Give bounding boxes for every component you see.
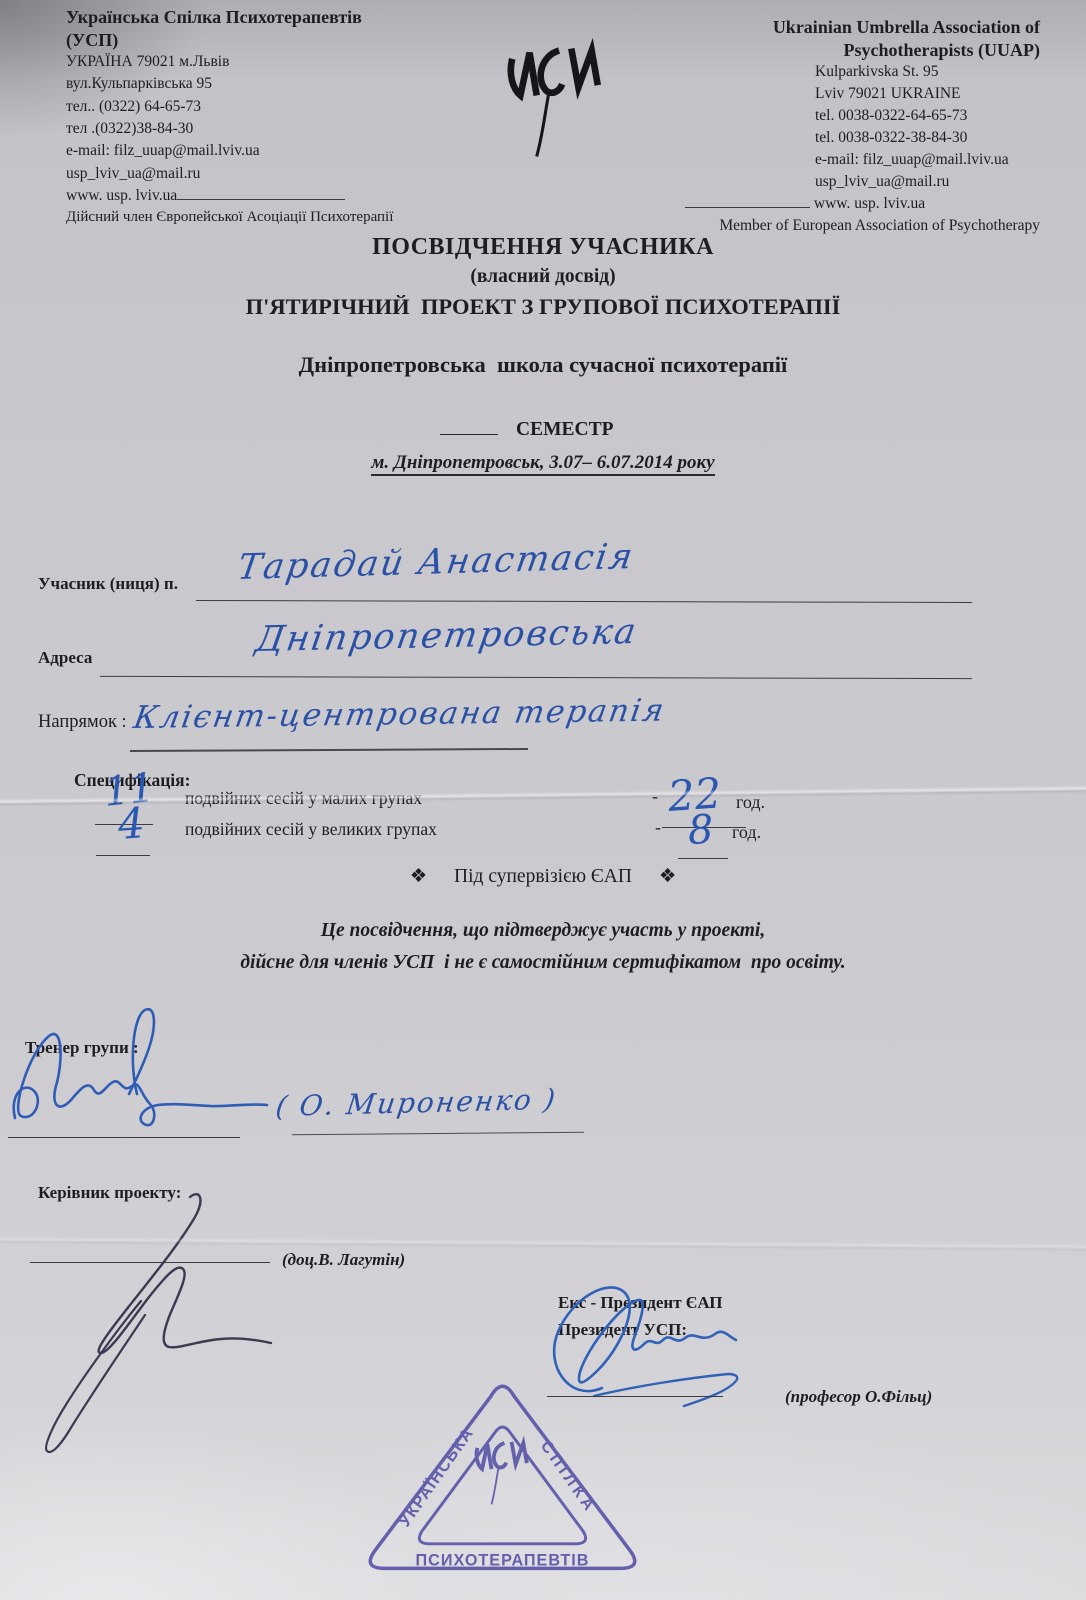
blank-underline: [177, 185, 345, 200]
semester-row: СЕМЕСТР: [440, 416, 614, 441]
diamond-icon: ❖: [410, 866, 427, 887]
supervision-row: ❖ Під супервізією ЄАП ❖: [0, 864, 1086, 888]
president-name: (професор О.Фільц): [785, 1387, 932, 1407]
org-www-line: www. usp. lviv.ua: [66, 185, 486, 207]
header-right-block: Ukrainian Umbrella Association of Psycho…: [640, 16, 1040, 237]
project-title: П'ЯТИРІЧНИЙ ПРОЕКТ З ГРУПОВОЇ ПСИХОТЕРАП…: [0, 294, 1086, 320]
direction-label: Напрямок :: [38, 712, 127, 733]
direction-handwritten: Клієнт-центрована терапія: [131, 693, 668, 737]
header-right-address: Kulparkivska St. 95 Lviv 79021 UKRAINE t…: [815, 61, 1040, 215]
org-name-en: Psychotherapists (UUAP): [640, 39, 1040, 62]
trainer-signature-line: [8, 1137, 240, 1138]
spec-hours-line: [678, 858, 728, 859]
org-address-line: Lviv 79021 UKRAINE: [815, 83, 1040, 105]
svg-text:УКРАЇНСЬКА: УКРАЇНСЬКА: [396, 1424, 478, 1530]
org-email-line: usp_lviv_ua@mail.ru: [66, 163, 486, 185]
spec-hours-handwritten: 8: [687, 807, 715, 854]
direction-underline: [130, 748, 528, 752]
diamond-icon: ❖: [659, 866, 676, 887]
participant-handwritten: Тарадай Анастасія: [235, 537, 637, 588]
org-phone-line: tel. 0038-0322-64-65-73: [815, 105, 1040, 127]
note-line: Це посвідчення, що підтверджує участь у …: [0, 920, 1086, 942]
member-line-ua: Дійсний член Європейської Асоціації Псих…: [66, 207, 486, 229]
stamp-usp-logo: [477, 1442, 527, 1504]
supervision-text: Під супервізією ЄАП: [454, 866, 632, 887]
address-handwritten: Дніпропетровська: [253, 612, 641, 660]
spec-units: год.: [732, 822, 761, 843]
blank-underline: [685, 193, 810, 208]
org-phone-line: тел.. (0322) 64-65-73: [66, 96, 486, 118]
org-email-line: usp_lviv_ua@mail.ru: [815, 171, 1040, 193]
org-address-line: УКРАЇНА 79021 м.Львів: [66, 51, 486, 73]
svg-text:ПСИХОТЕРАПЕВТІВ: ПСИХОТЕРАПЕВТІВ: [416, 1551, 590, 1569]
project-head-signature: [25, 1185, 285, 1460]
org-address-line: вул.Кульпарківська 95: [66, 73, 486, 95]
spec-count-handwritten: 4: [116, 798, 146, 849]
stamp-text-right: СПІЛКА: [537, 1437, 600, 1516]
address-label: Адреса: [38, 648, 92, 668]
association-stamp: УКРАЇНСЬКА СПІЛКА ПСИХОТЕРАПЕВТІВ: [355, 1372, 650, 1588]
trainer-signature: [5, 1006, 285, 1146]
org-email-line: e-mail: filz_uuap@mail.lviv.ua: [66, 140, 486, 162]
spec-dash: -: [652, 786, 658, 807]
stamp-text-left: УКРАЇНСЬКА: [396, 1424, 478, 1530]
certificate-scan: Українська Спілка Психотерапевтів (УСП) …: [0, 0, 1086, 1600]
project-head-signature-line: [30, 1262, 270, 1263]
org-www-line: www. usp. lviv.ua: [685, 193, 1040, 215]
org-address-line: Kulparkivska St. 95: [815, 61, 1040, 83]
org-name-en: Ukrainian Umbrella Association of: [640, 16, 1040, 39]
doc-subtitle: (власний досвід): [0, 266, 1086, 288]
address-line: [100, 676, 972, 679]
org-email-line: e-mail: filz_uuap@mail.lviv.ua: [815, 149, 1040, 171]
doc-title: ПОСВІДЧЕННЯ УЧАСНИКА: [0, 234, 1086, 261]
spec-row-text: подвійних сесій у великих групах: [185, 819, 437, 840]
trainer-name-line: [292, 1132, 584, 1136]
stamp-text-bottom: ПСИХОТЕРАПЕВТІВ: [416, 1551, 590, 1569]
spec-count-line: [96, 855, 150, 856]
trainer-name-handwritten: ( О. Мироненко ): [274, 1083, 559, 1123]
place-date: м. Дніпропетровськ, 3.07– 6.07.2014 року: [371, 452, 714, 476]
semester-label: СЕМЕСТР: [516, 419, 614, 440]
place-date-row: м. Дніпропетровськ, 3.07– 6.07.2014 року: [0, 452, 1086, 474]
spec-dash: -: [655, 817, 661, 838]
svg-text:СПІЛКА: СПІЛКА: [537, 1437, 600, 1516]
header-left-block: Українська Спілка Психотерапевтів (УСП) …: [66, 6, 486, 229]
school-title: Дніпропетровська школа сучасної психотер…: [0, 352, 1086, 378]
org-phone-line: tel. 0038-0322-38-84-30: [815, 127, 1040, 149]
participant-line: [196, 600, 972, 603]
org-name-ua: Українська Спілка Психотерапевтів: [66, 6, 486, 29]
org-abbr-ua: (УСП): [66, 29, 486, 52]
usp-logo: [498, 34, 610, 166]
org-phone-line: тел .(0322)38-84-30: [66, 118, 486, 140]
spec-row-text: подвійних сесій у малих групах: [185, 788, 422, 809]
semester-blank-line: [440, 416, 498, 435]
spec-units: год.: [736, 792, 765, 813]
note-line: дійсне для членів УСП і не є самостійним…: [0, 952, 1086, 974]
participant-label: Учасник (ниця) п.: [38, 574, 178, 594]
project-head-name: (доц.В. Лагутін): [282, 1250, 405, 1270]
